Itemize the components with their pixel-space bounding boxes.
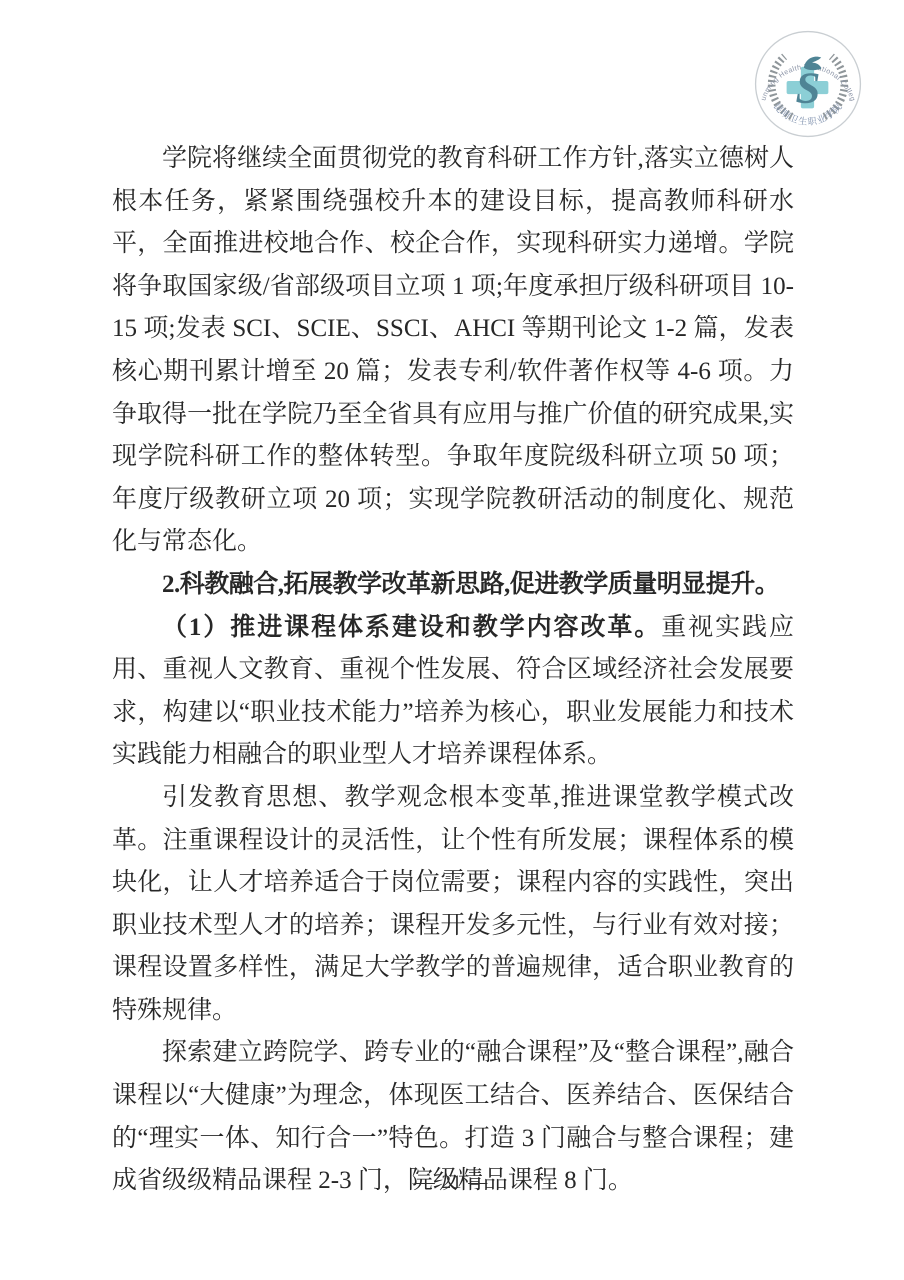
page-number: — 21 — bbox=[0, 1172, 904, 1194]
body-paragraph: （1）推进课程体系建设和教学内容改革。重视实践应用、重视人文教育、重视个性发展、… bbox=[112, 607, 794, 777]
college-logo: Kunming Health Vocational College S 昆明卫生… bbox=[752, 28, 864, 140]
dragon-s-icon: S bbox=[796, 57, 822, 113]
paragraph-lead-bold: （1）推进课程体系建设和教学内容改革。 bbox=[162, 614, 661, 641]
svg-text:S: S bbox=[796, 62, 821, 112]
paragraph-text: 引发教育思想、教学观念根本变革,推进课堂教学模式改革。注重课程设计的灵活性，让个… bbox=[112, 784, 794, 1024]
document-body: 学院将继续全面贯彻党的教育科研工作方针,落实立德树人根本任务，紧紧围绕强校升本的… bbox=[112, 138, 794, 1203]
paragraph-text: 学院将继续全面贯彻党的教育科研工作方针,落实立德树人根本任务，紧紧围绕强校升本的… bbox=[112, 145, 794, 555]
body-paragraph: 学院将继续全面贯彻党的教育科研工作方针,落实立德树人根本任务，紧紧围绕强校升本的… bbox=[112, 138, 794, 564]
body-paragraph: 引发教育思想、教学观念根本变革,推进课堂教学模式改革。注重课程设计的灵活性，让个… bbox=[112, 777, 794, 1033]
document-page: Kunming Health Vocational College S 昆明卫生… bbox=[0, 0, 904, 1280]
section-heading: 2.科教融合,拓展教学改革新思路,促进教学质量明显提升。 bbox=[112, 564, 794, 607]
paragraph-text: 2.科教融合,拓展教学改革新思路,促进教学质量明显提升。 bbox=[162, 571, 779, 598]
